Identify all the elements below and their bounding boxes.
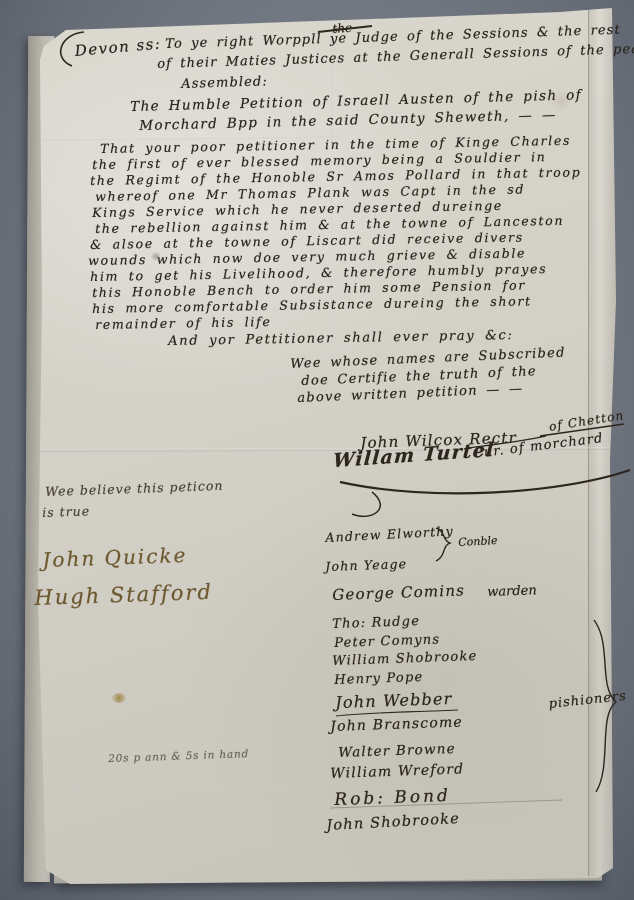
address-line-3: Assembled: xyxy=(181,74,268,92)
signature-parishioner: John Webber xyxy=(335,689,453,712)
constables-label: Conble xyxy=(458,534,498,549)
lower-crease xyxy=(60,789,310,793)
body-line: remainder of his life xyxy=(95,314,272,332)
warden-label: warden xyxy=(487,583,537,600)
signature-justice-1: John Quicke xyxy=(42,543,188,572)
signature-parishioner: Rob: Bond xyxy=(334,786,451,810)
signature-parishioner: Tho: Rudge xyxy=(332,614,420,632)
ink-blot-stain xyxy=(112,693,126,703)
photograph-of-petition: Devon ss: the To ye right Worppll ye Jud… xyxy=(0,0,634,900)
left-attestation-line-2: is true xyxy=(42,503,90,520)
signature-constable-2: John Yeage xyxy=(325,556,408,574)
signature-parishioner: Henry Pope xyxy=(334,670,424,688)
